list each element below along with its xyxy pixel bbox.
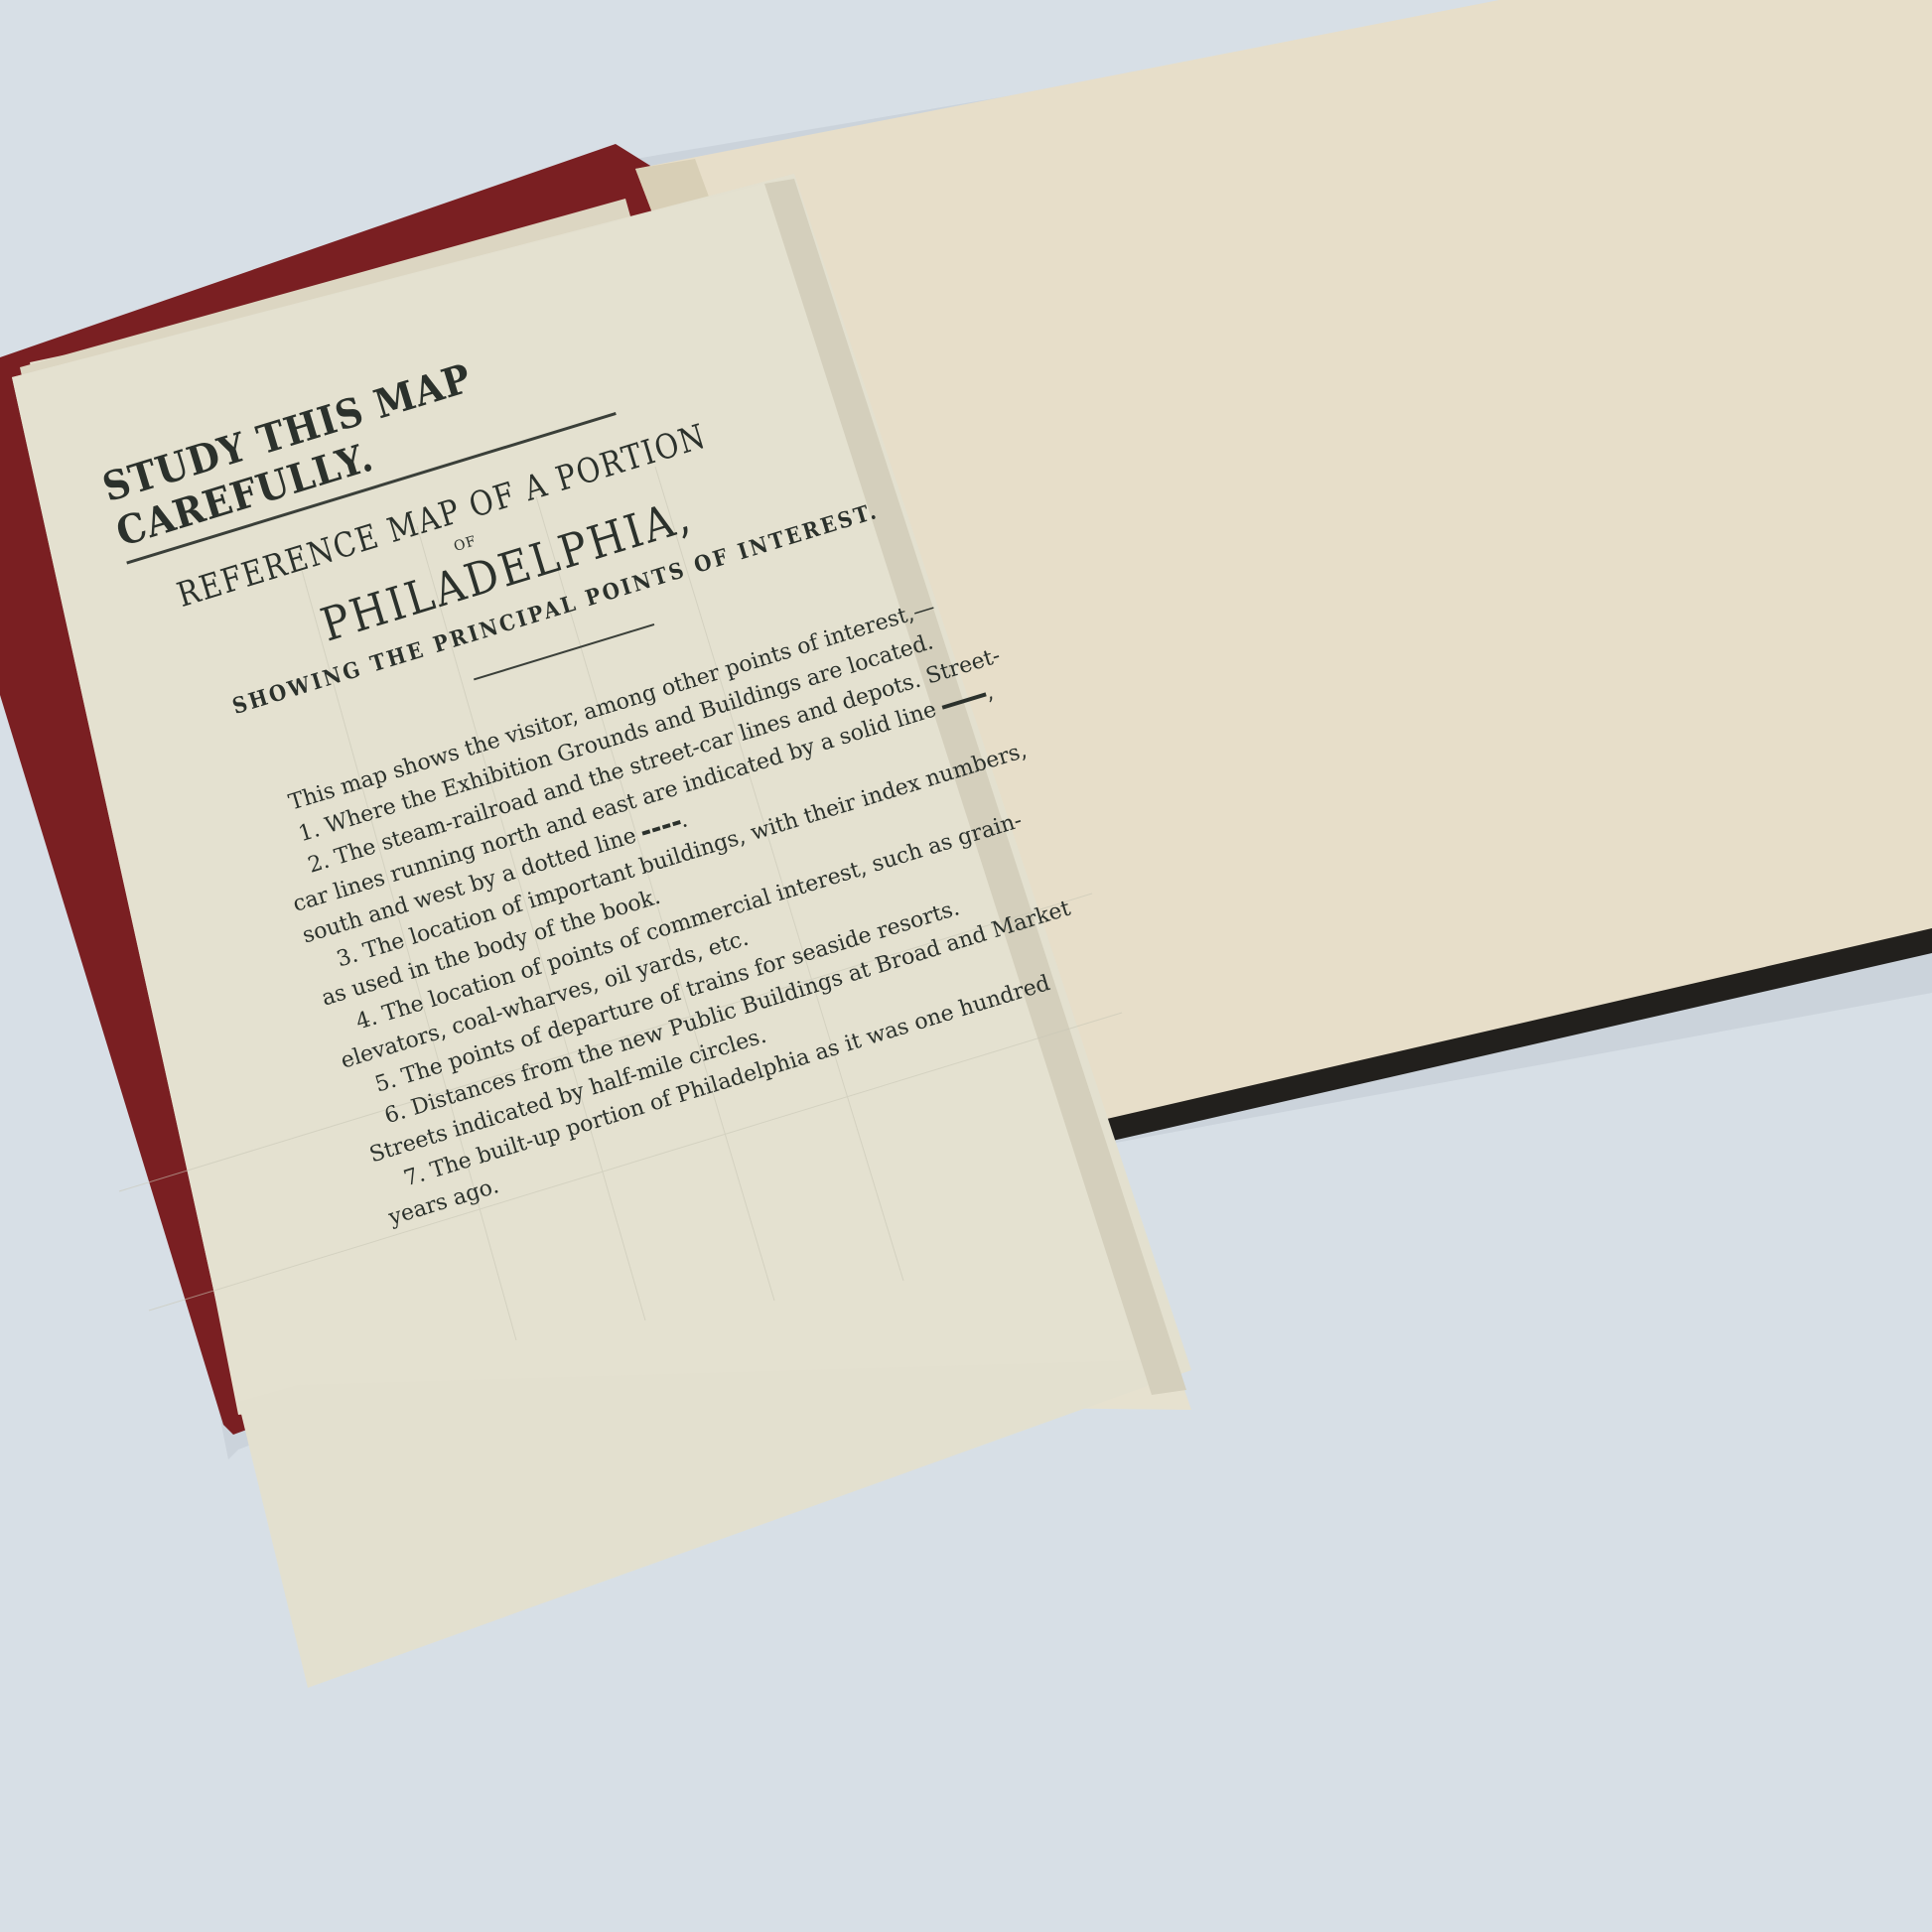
dotted-line-symbol xyxy=(642,820,681,836)
photo-scene: STUDY THIS MAP CAREFULLY. REFERENCE MAP … xyxy=(0,0,1932,1932)
